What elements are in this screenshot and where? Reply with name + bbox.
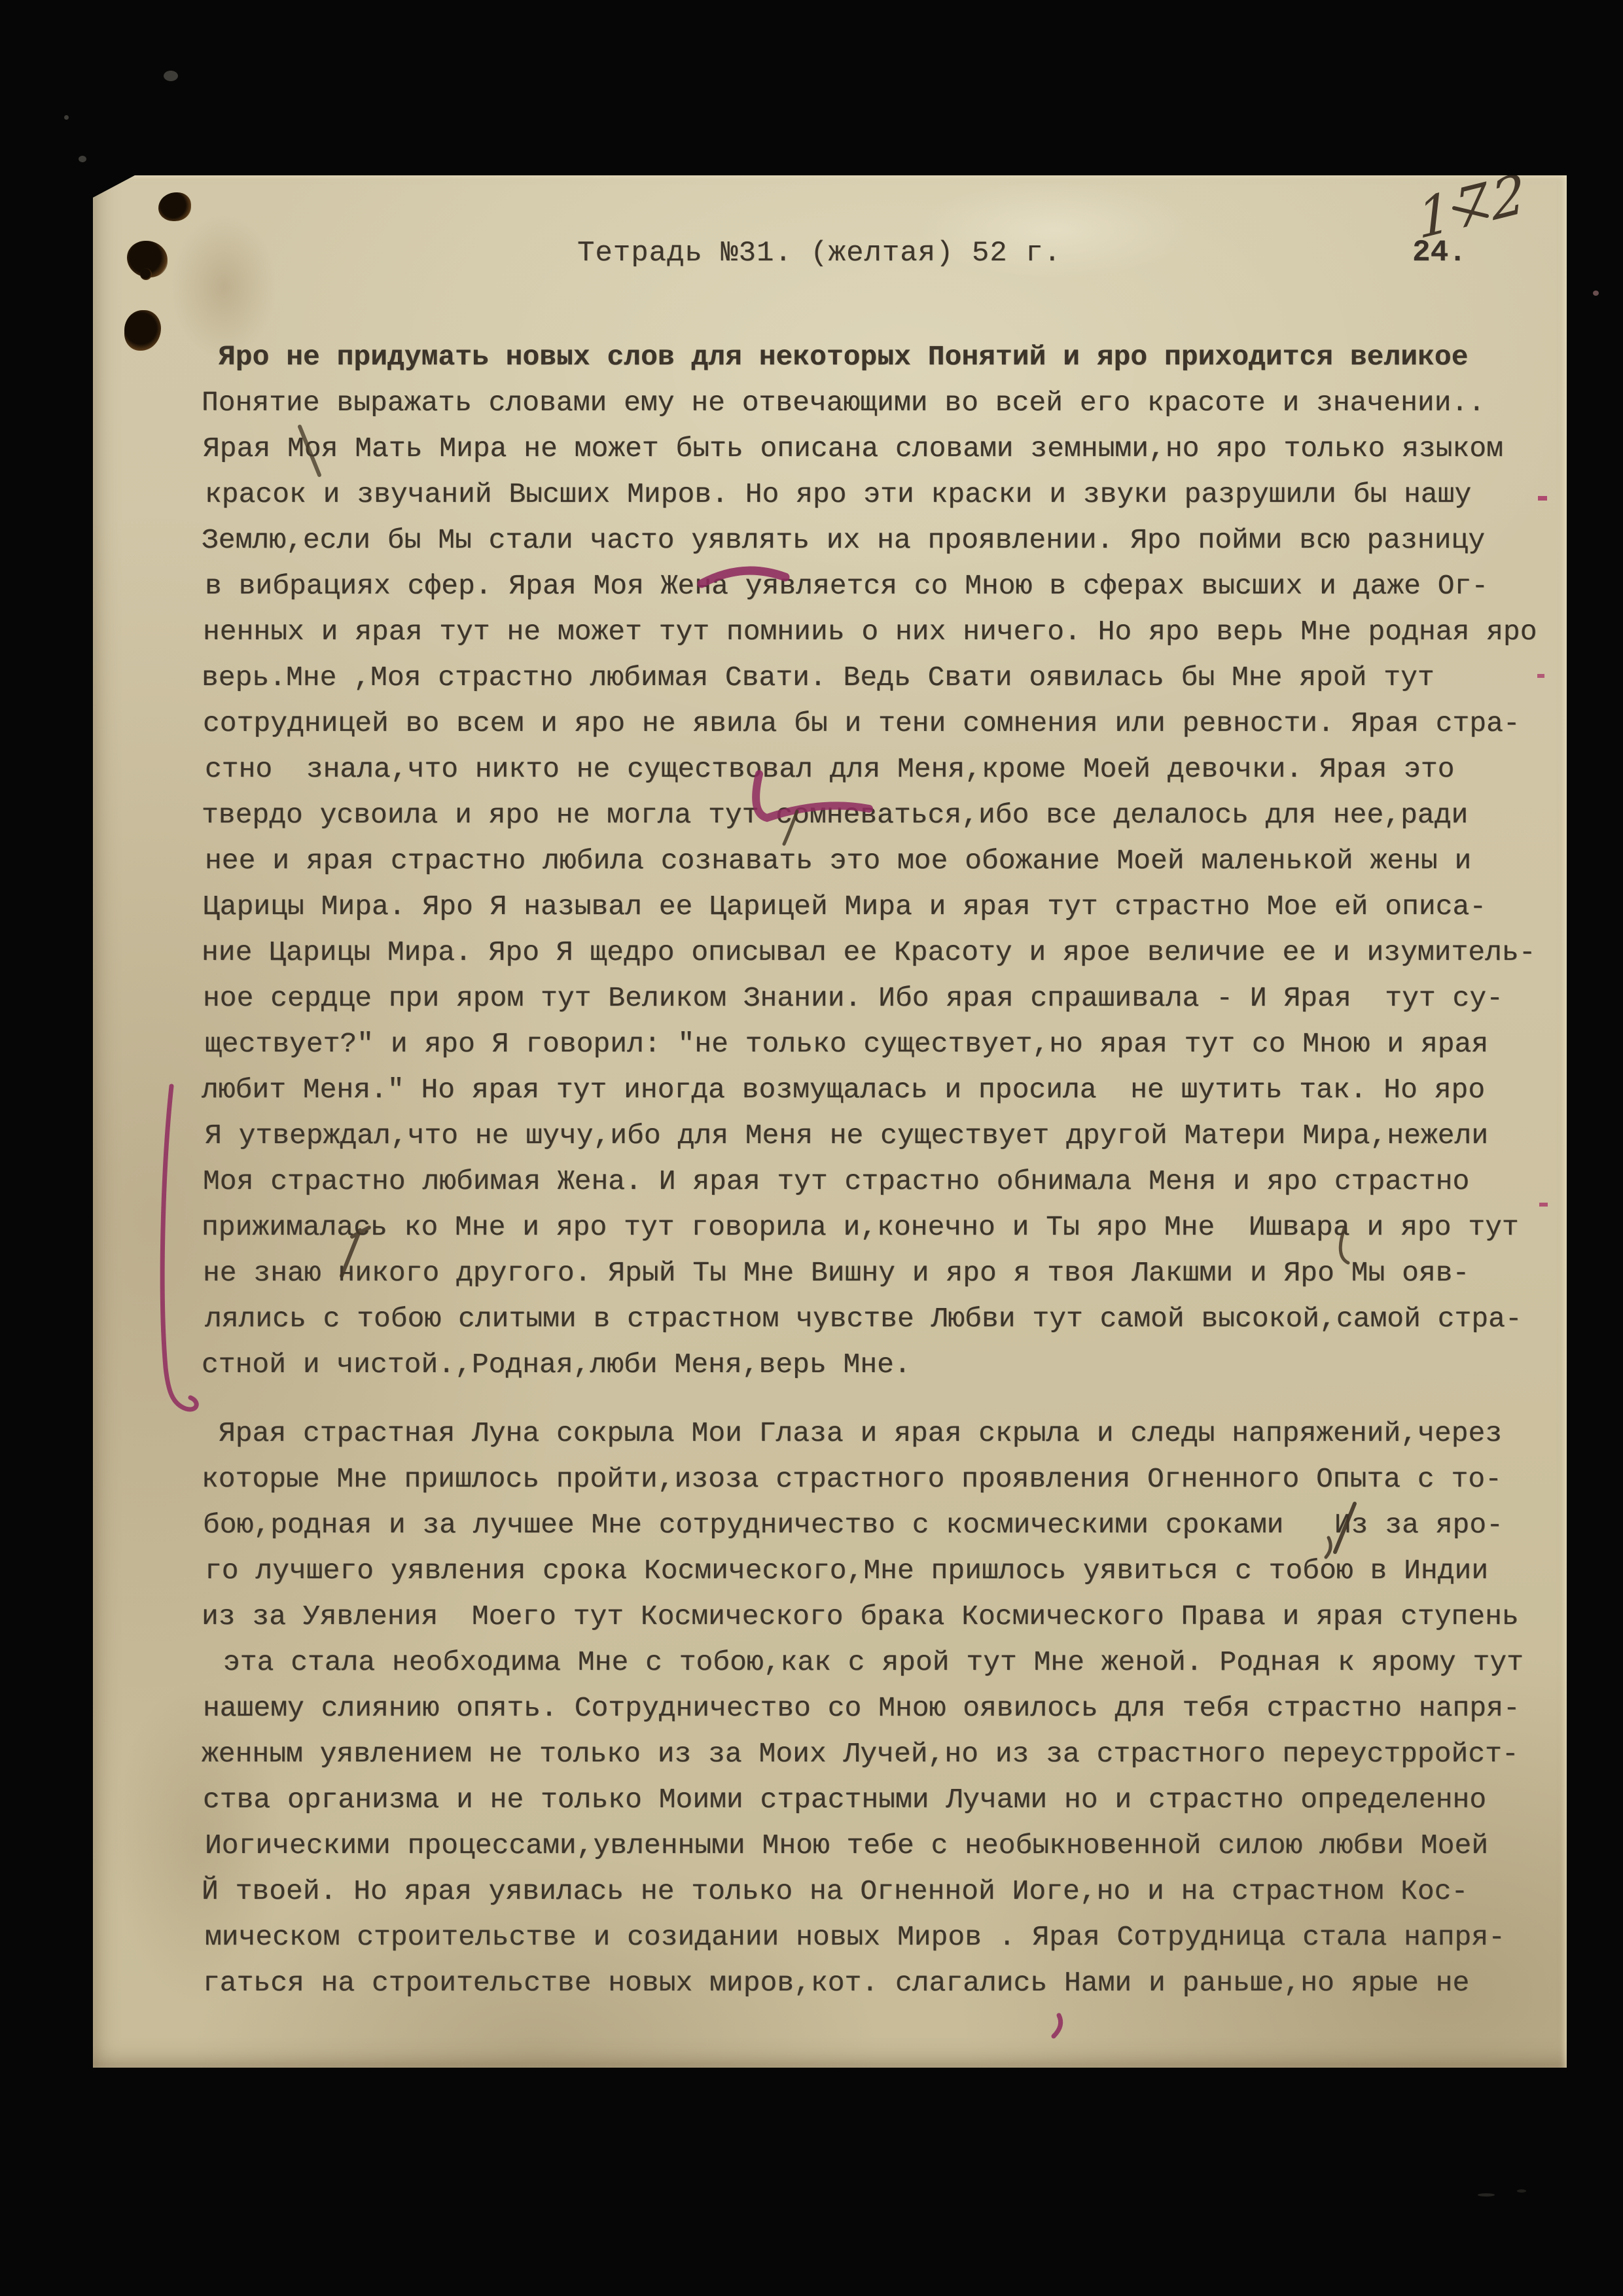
text-line: Й твоей. Но ярая уявилась не только на О… [202, 1869, 1563, 1915]
text-line: Яро не придумать новых слов для некоторы… [219, 334, 1564, 380]
text-line: ществует?" и яро Я говорил: "не только с… [205, 1021, 1566, 1067]
scan-speck [64, 115, 69, 120]
text-line: мическом строительстве и созидании новых… [205, 1915, 1566, 1960]
page-header: Тетрадь №31. (желтая) 52 г. 24. [93, 237, 1567, 276]
document-page: 172 Тетрадь №31. (желтая) 52 г. 24. Яро … [93, 175, 1567, 2068]
text-line: ное сердце при яром тут Великом Знании. … [203, 976, 1564, 1021]
text-line: Царицы Мира. Яро Я называл ее Царицей Ми… [203, 884, 1564, 930]
text-line: прижималась ко Мне и яро тут говорила и,… [202, 1205, 1563, 1250]
text-line: стно знала,что никто не существовал для … [205, 747, 1566, 792]
text-line: Иогическими процессами,увленными Мною те… [205, 1823, 1566, 1869]
paper-hole [158, 192, 191, 221]
text-line: лялись с тобою слитыми в страстном чувст… [205, 1296, 1566, 1342]
text-line: Землю,если бы Мы стали часто уявлять их … [202, 518, 1563, 563]
text-line: нее и ярая страстно любила сознавать это… [205, 838, 1566, 884]
text-line: твердо усвоила и яро не могла тут сомнев… [202, 792, 1563, 838]
text-line: не знаю никого другого. Ярый Ты Мне Вишн… [203, 1250, 1564, 1296]
text-line: ства организма и не только Моими страстн… [203, 1777, 1564, 1823]
scan-speck [164, 71, 178, 81]
text-line: ние Царицы Мира. Яро Я щедро описывал ее… [202, 930, 1563, 976]
scan-speck [1478, 2193, 1495, 2197]
text-line: эта стала необходима Мне с тобою,как с я… [223, 1640, 1566, 1686]
text-line: Я утверждал,что не шучу,ибо для Меня не … [205, 1113, 1566, 1159]
text-line: стной и чистой.,Родная,люби Меня,верь Мн… [202, 1342, 1563, 1388]
text-line: Моя страстно любимая Жена. И ярая тут ст… [203, 1159, 1564, 1205]
text-line: красок и звучаний Высших Миров. Но яро э… [205, 472, 1566, 518]
text-line: Понятие выражать словами ему не отвечающ… [202, 380, 1563, 426]
text-line: сотрудницей во всем и яро не явила бы и … [203, 701, 1564, 747]
paragraph-2: Ярая страстная Луна сокрыла Мои Глаза и … [203, 1411, 1564, 2006]
text-line: Ярая страстная Луна сокрыла Мои Глаза и … [219, 1411, 1564, 1457]
text-line: бою,родная и за лучшее Мне сотрудничеств… [203, 1502, 1564, 1548]
scan-speck [1593, 291, 1599, 296]
text-line: которые Мне пришлось пройти,изоза страст… [202, 1457, 1563, 1502]
text-line: го лучшего уявления срока Космического,М… [205, 1548, 1566, 1594]
text-line: из за Уявления Моего тут Космического бр… [202, 1594, 1563, 1640]
typed-page-number: 24. [1412, 236, 1467, 270]
text-line: женным уявлением не только из за Моих Лу… [202, 1731, 1563, 1777]
text-line: Ярая Моя Мать Мира не может быть описана… [203, 426, 1564, 472]
text-line: ненных и ярая тут не может тут помнииь о… [203, 609, 1564, 655]
paragraph-1: Яро не придумать новых слов для некоторы… [203, 334, 1564, 1388]
text-line: верь.Мне ,Моя страстно любимая Свати. Ве… [202, 655, 1563, 701]
text-line: любит Меня." Но ярая тут иногда возмущал… [202, 1067, 1563, 1113]
text-line: нашему слиянию опять. Сотрудничество со … [203, 1686, 1564, 1731]
scan-speck [1517, 2189, 1526, 2193]
text-line: гаться на строительстве новых миров,кот.… [203, 1960, 1564, 2006]
paper-hole [124, 310, 161, 351]
notebook-title: Тетрадь №31. (желтая) 52 г. [577, 237, 1061, 270]
text-line: в вибрациях сфер. Ярая Моя Жена уявляетс… [205, 563, 1566, 609]
scan-speck [79, 156, 86, 162]
